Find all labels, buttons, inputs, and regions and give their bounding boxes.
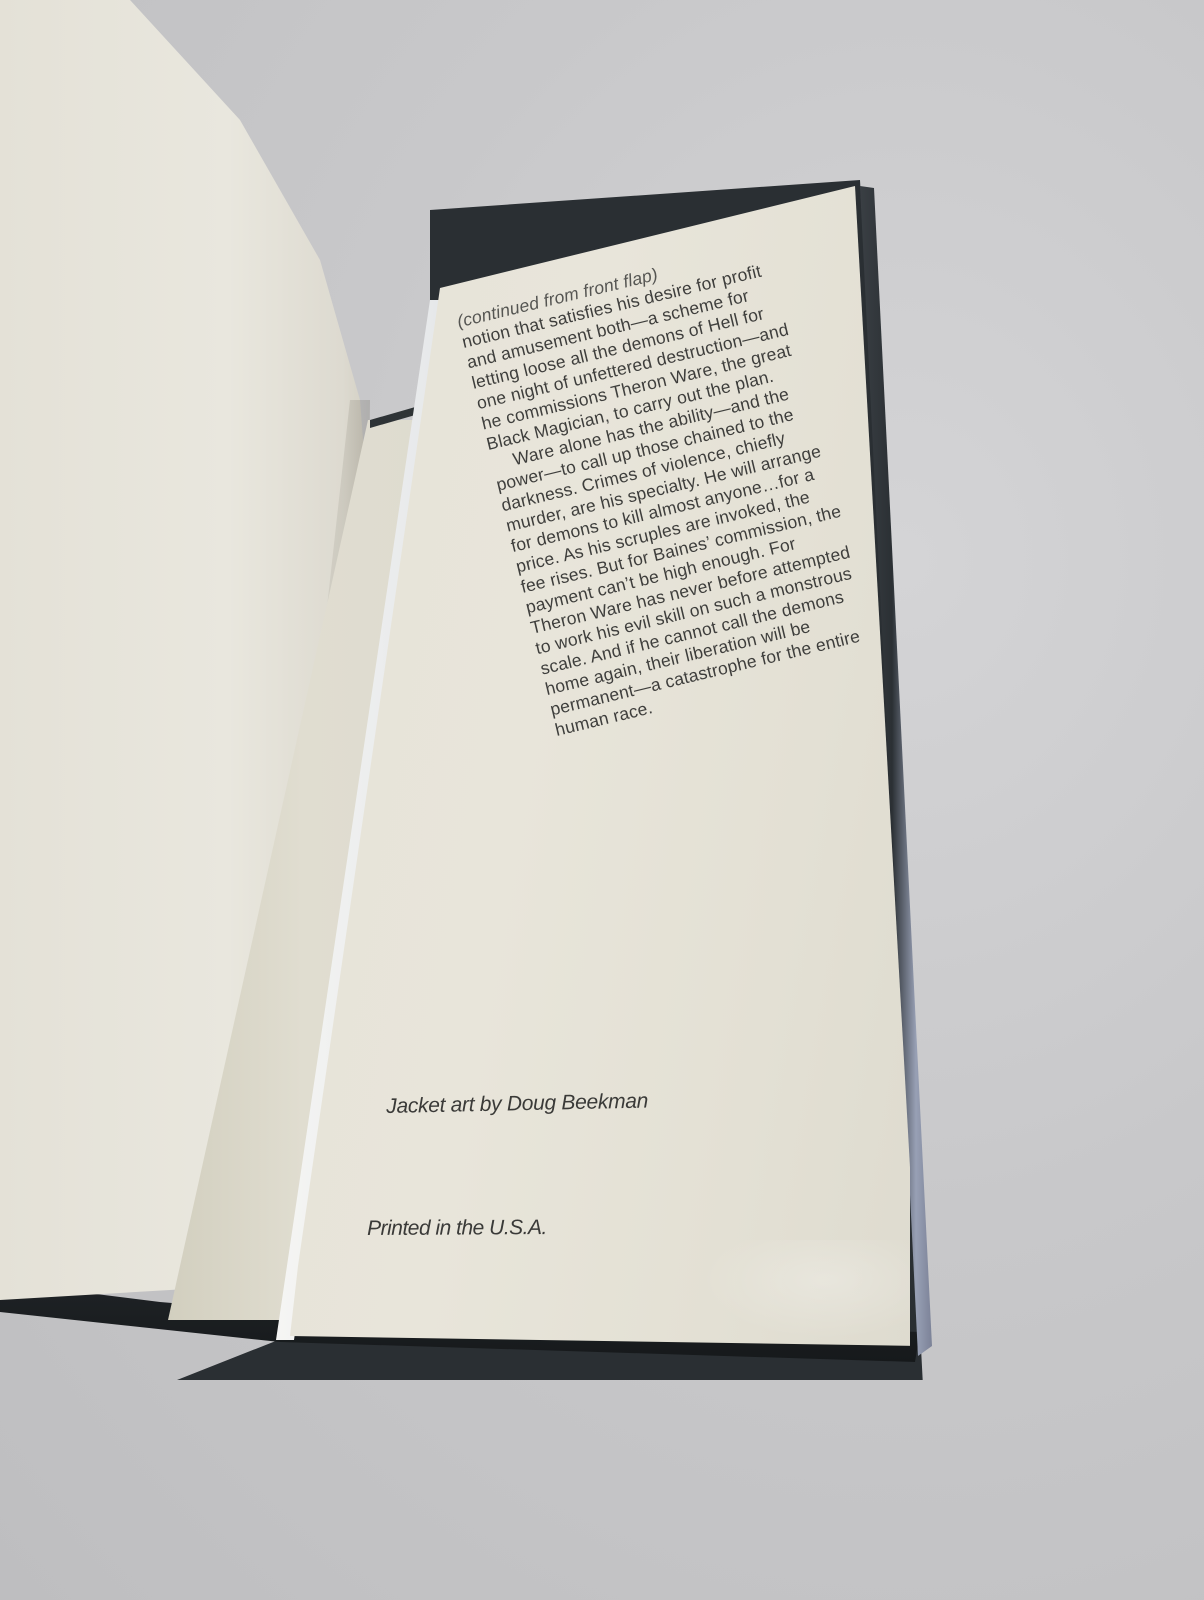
flap-sheen [700,1240,910,1340]
printed-in-notice: Printed in the U.S.A. [367,1216,547,1241]
